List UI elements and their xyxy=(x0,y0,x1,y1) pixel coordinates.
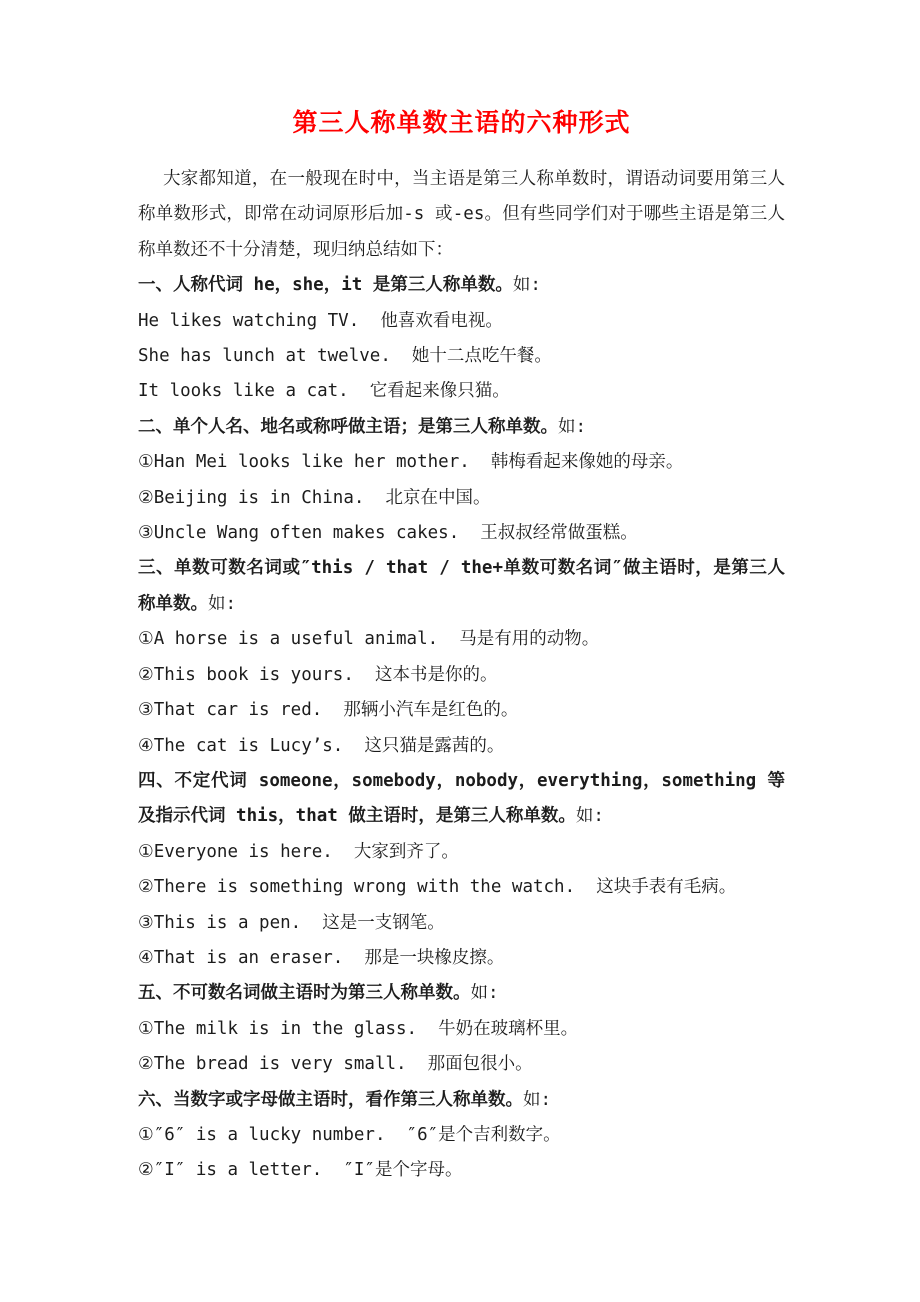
section-heading-suffix: 如: xyxy=(558,417,586,437)
example-sentence: ①A horse is a useful animal. 马是有用的动物。 xyxy=(138,622,785,657)
example-sentence: ①″6″ is a lucky number. ″6″是个吉利数字。 xyxy=(138,1118,785,1153)
intro-paragraph: 大家都知道，在一般现在时中，当主语是第三人称单数时，谓语动词要用第三人称单数形式… xyxy=(138,162,785,268)
example-sentence: ③Uncle Wang often makes cakes. 王叔叔经常做蛋糕。 xyxy=(138,516,785,551)
example-sentence: ④That is an eraser. 那是一块橡皮擦。 xyxy=(138,941,785,976)
example-sentence: ③This is a pen. 这是一支钢笔。 xyxy=(138,906,785,941)
section-heading-suffix: 如: xyxy=(208,594,236,614)
example-sentence: It looks like a cat. 它看起来像只猫。 xyxy=(138,374,785,409)
example-sentence: ②″I″ is a letter. ″I″是个字母。 xyxy=(138,1153,785,1188)
section-heading-suffix: 如: xyxy=(576,806,604,826)
section-heading-suffix: 如: xyxy=(523,1090,551,1110)
section-heading: 六、当数字或字母做主语时，看作第三人称单数。如: xyxy=(138,1083,785,1118)
section-2: 二、单个人名、地名或称呼做主语；是第三人称单数。如: ①Han Mei look… xyxy=(138,410,785,552)
section-5: 五、不可数名词做主语时为第三人称单数。如: ①The milk is in th… xyxy=(138,976,785,1082)
example-sentence: ③That car is red. 那辆小汽车是红色的。 xyxy=(138,693,785,728)
section-6: 六、当数字或字母做主语时，看作第三人称单数。如: ①″6″ is a lucky… xyxy=(138,1083,785,1189)
section-heading: 一、人称代词 he，she，it 是第三人称单数。如: xyxy=(138,268,785,303)
section-heading-text: 五、不可数名词做主语时为第三人称单数。 xyxy=(138,983,471,1003)
section-heading-text: 六、当数字或字母做主语时，看作第三人称单数。 xyxy=(138,1090,523,1110)
example-sentence: ②Beijing is in China. 北京在中国。 xyxy=(138,481,785,516)
section-heading-suffix: 如: xyxy=(513,275,541,295)
example-sentence: He likes watching TV. 他喜欢看电视。 xyxy=(138,304,785,339)
section-heading-text: 四、不定代词 someone，somebody，nobody，everythin… xyxy=(138,771,785,826)
section-3: 三、单数可数名词或″this / that / the+单数可数名词″做主语时，… xyxy=(138,551,785,763)
example-sentence: ②This book is yours. 这本书是你的。 xyxy=(138,658,785,693)
example-sentence: ②The bread is very small. 那面包很小。 xyxy=(138,1047,785,1082)
section-4: 四、不定代词 someone，somebody，nobody，everythin… xyxy=(138,764,785,976)
section-heading: 五、不可数名词做主语时为第三人称单数。如: xyxy=(138,976,785,1011)
example-sentence: ①Han Mei looks like her mother. 韩梅看起来像她的… xyxy=(138,445,785,480)
example-sentence: ①Everyone is here. 大家到齐了。 xyxy=(138,835,785,870)
example-sentence: ②There is something wrong with the watch… xyxy=(138,870,785,905)
section-1: 一、人称代词 he，she，it 是第三人称单数。如: He likes wat… xyxy=(138,268,785,410)
example-sentence: ④The cat is Lucy’s. 这只猫是露茜的。 xyxy=(138,729,785,764)
document-title: 第三人称单数主语的六种形式 xyxy=(138,104,785,141)
example-sentence: ①The milk is in the glass. 牛奶在玻璃杯里。 xyxy=(138,1012,785,1047)
section-heading-suffix: 如: xyxy=(471,983,499,1003)
section-heading: 三、单数可数名词或″this / that / the+单数可数名词″做主语时，… xyxy=(138,551,785,622)
section-heading-text: 二、单个人名、地名或称呼做主语；是第三人称单数。 xyxy=(138,417,558,437)
example-sentence: She has lunch at twelve. 她十二点吃午餐。 xyxy=(138,339,785,374)
section-heading: 二、单个人名、地名或称呼做主语；是第三人称单数。如: xyxy=(138,410,785,445)
section-heading: 四、不定代词 someone，somebody，nobody，everythin… xyxy=(138,764,785,835)
section-heading-text: 一、人称代词 he，she，it 是第三人称单数。 xyxy=(138,275,513,295)
document-page: 第三人称单数主语的六种形式 大家都知道，在一般现在时中，当主语是第三人称单数时，… xyxy=(0,0,920,1302)
